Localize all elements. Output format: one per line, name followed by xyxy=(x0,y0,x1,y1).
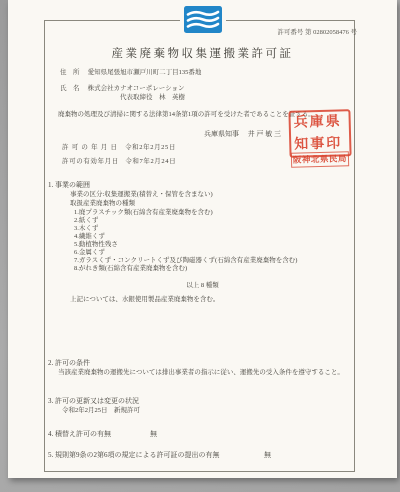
waste-type-item: 8.がれき類(石綿含有産業廃棄物を含む) xyxy=(74,265,297,273)
permit-number-value: 第 02802058476 号 xyxy=(305,29,357,36)
governor-name: 井 戸 敏 三 xyxy=(248,130,281,138)
scanned-photo-background: 許可番号 第 02802058476 号 産業廃棄物収集運搬業許可証 住 所 愛… xyxy=(0,0,400,492)
section-renewal-heading: 3. 許可の更新又は変更の状況 xyxy=(48,397,139,406)
scope-types-heading: 取扱産業廃棄物の種類 xyxy=(70,200,135,208)
waste-type-item: 6.金属くず xyxy=(74,249,297,257)
company-name: 株式会社カナオコーポレーション xyxy=(88,85,185,92)
valid-date-value: 令和7年2月24日 xyxy=(125,158,176,165)
scope-division: 事業の区分:収集運搬業(積替え・保管を含まない) xyxy=(70,191,213,199)
valid-date-label: 許可の有効年月日 xyxy=(62,158,119,165)
scope-note: 上記については、水銀使用製品産業廃棄物を含む。 xyxy=(70,296,219,304)
seal-office-stamp: 阪神北県民局 xyxy=(291,151,349,168)
section-submission-heading: 5. 規則第9条の2第6項の規定による許可証の提出の有無 xyxy=(48,451,220,460)
waste-type-item: 2.紙くず xyxy=(74,217,297,225)
waste-type-item: 4.繊維くず xyxy=(74,233,297,241)
address-label: 住 所 xyxy=(60,69,80,76)
issue-date-label: 許可の年月日 xyxy=(62,144,120,151)
renewal-text: 令和2年2月25日 新規許可 xyxy=(62,407,140,415)
certify-statement: 廃棄物の処理及び清掃に関する法律第14条第1項の許可を受けた者であることを証する… xyxy=(58,111,315,119)
address-value: 愛知県尾張旭市瀬戸川町二丁目135番地 xyxy=(88,69,202,76)
section-transshipment-heading: 4. 積替え許可の有無 xyxy=(48,430,111,439)
permit-document-paper: 許可番号 第 02802058476 号 産業廃棄物収集運搬業許可証 住 所 愛… xyxy=(8,0,397,478)
section-scope-heading: 1. 事業の範囲 xyxy=(48,181,90,190)
conditions-text: 当該産業廃棄物の運搬先については排出事業者の指示に従い、運搬先の受入条件を遵守す… xyxy=(58,369,344,377)
waste-type-list: 1.廃プラスチック類(石綿含有産業廃棄物を含む)2.紙くず3.木くず4.繊維くず… xyxy=(74,209,297,273)
section-conditions-heading: 2. 許可の条件 xyxy=(48,359,90,368)
seal-text-line1: 兵庫県 xyxy=(291,114,349,131)
issue-date-value: 令和2年2月25日 xyxy=(125,144,176,151)
permit-number: 許可番号 第 02802058476 号 xyxy=(277,27,357,36)
governor-title: 兵庫県知事 xyxy=(204,130,239,138)
transshipment-value: 無 xyxy=(150,430,157,439)
waste-type-item: 3.木くず xyxy=(74,225,297,233)
document-title: 産業廃棄物収集運搬業許可証 xyxy=(8,45,397,61)
scope-total: 以上 8 種類 xyxy=(8,282,397,290)
waste-type-item: 5.動植物性残さ xyxy=(74,241,297,249)
holder-name-row: 氏 名 株式会社カナオコーポレーション xyxy=(60,85,184,93)
submission-value: 無 xyxy=(264,451,271,460)
representative-name: 代表取締役 林 英樹 xyxy=(120,94,185,102)
seal-text-line2: 知事印 xyxy=(291,136,349,153)
holder-address-row: 住 所 愛知県尾張旭市瀬戸川町二丁目135番地 xyxy=(60,69,201,77)
valid-date-row: 許可の有効年月日 令和7年2月24日 xyxy=(62,158,176,166)
name-label: 氏 名 xyxy=(60,85,80,92)
issue-date-row: 許可の年月日 令和2年2月25日 xyxy=(62,144,176,152)
wave-logo-icon xyxy=(180,4,226,35)
permit-number-label: 許可番号 xyxy=(277,29,303,36)
waste-type-item: 7.ガラスくず・コンクリートくず及び陶磁器くず(石綿含有産業廃棄物を含む) xyxy=(74,257,297,265)
governor-signature: 兵庫県知事 井 戸 敏 三 xyxy=(204,130,281,139)
waste-type-item: 1.廃プラスチック類(石綿含有産業廃棄物を含む) xyxy=(74,209,297,217)
